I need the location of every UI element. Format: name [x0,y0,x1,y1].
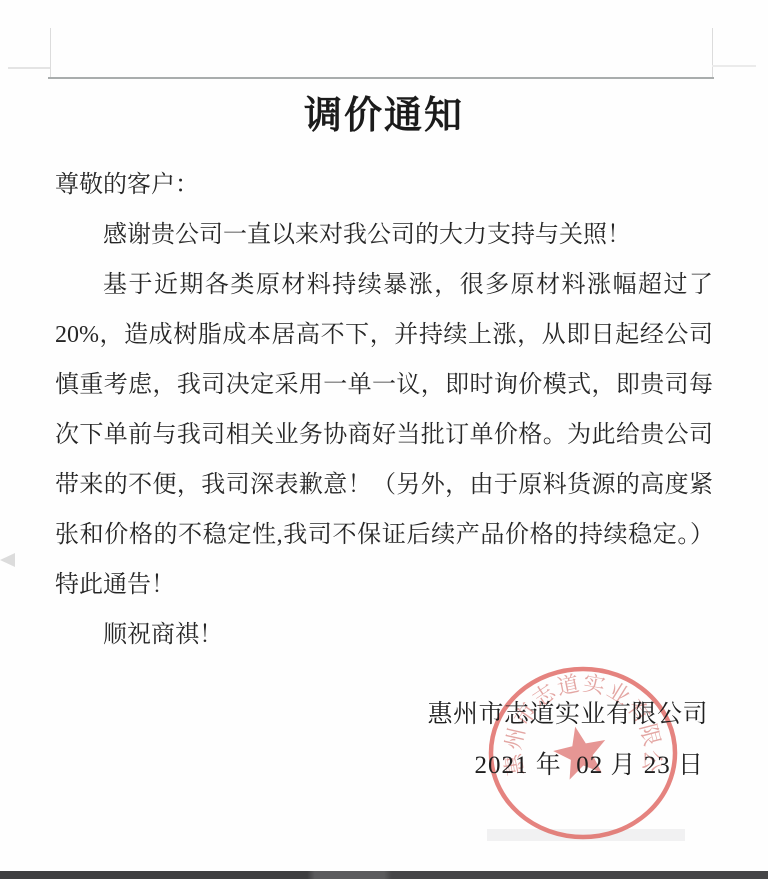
bottom-window-edge [0,871,768,879]
date-line: 2021 年 02 月 23 日 [474,745,704,781]
body-line: 带来的不便，我司深表歉意！（另外，由于原料货源的高度紧 [55,460,713,510]
body-line: 基于近期各类原材料持续暴涨，很多原材料涨幅超过了 [55,260,713,310]
well-wishes-line: 顺祝商祺！ [55,610,713,660]
company-signature: 惠州市志道实业有限公司 [427,694,708,730]
body-line: 次下单前与我司相关业务协商好当批订单价格。为此给贵公司 [55,410,713,460]
page-title: 调价通知 [0,84,768,139]
page-corner-mark-left [8,67,50,69]
body-line: 张和价格的不稳定性,我司不保证后续产品价格的持续稳定。） [55,510,713,560]
page-corner-mark-right [712,65,756,67]
notice-body: 尊敬的客户： 感谢贵公司一直以来对我公司的大力支持与关照！ 基于近期各类原材料持… [55,160,713,660]
body-line: 慎重考虑，我司决定采用一单一议，即时询价模式，即贵司每 [55,360,713,410]
closing-line: 特此通告！ [55,560,713,610]
body-line: 20%，造成树脂成本居高不下，并持续上涨，从即日起经公司 [55,310,713,360]
page-corner-mark-left-vertical [50,28,51,77]
page-corner-mark-right-vertical [712,28,713,77]
left-arrow-marker [0,553,15,567]
body-line: 感谢贵公司一直以来对我公司的大力支持与关照！ [55,210,713,260]
salutation-line: 尊敬的客户： [55,160,713,210]
page-top-border [48,77,714,79]
document-page: 调价通知 惠州市志道实业有限公司 尊敬的客户： 感谢贵公司一直以来对我公司的大力… [0,0,768,879]
